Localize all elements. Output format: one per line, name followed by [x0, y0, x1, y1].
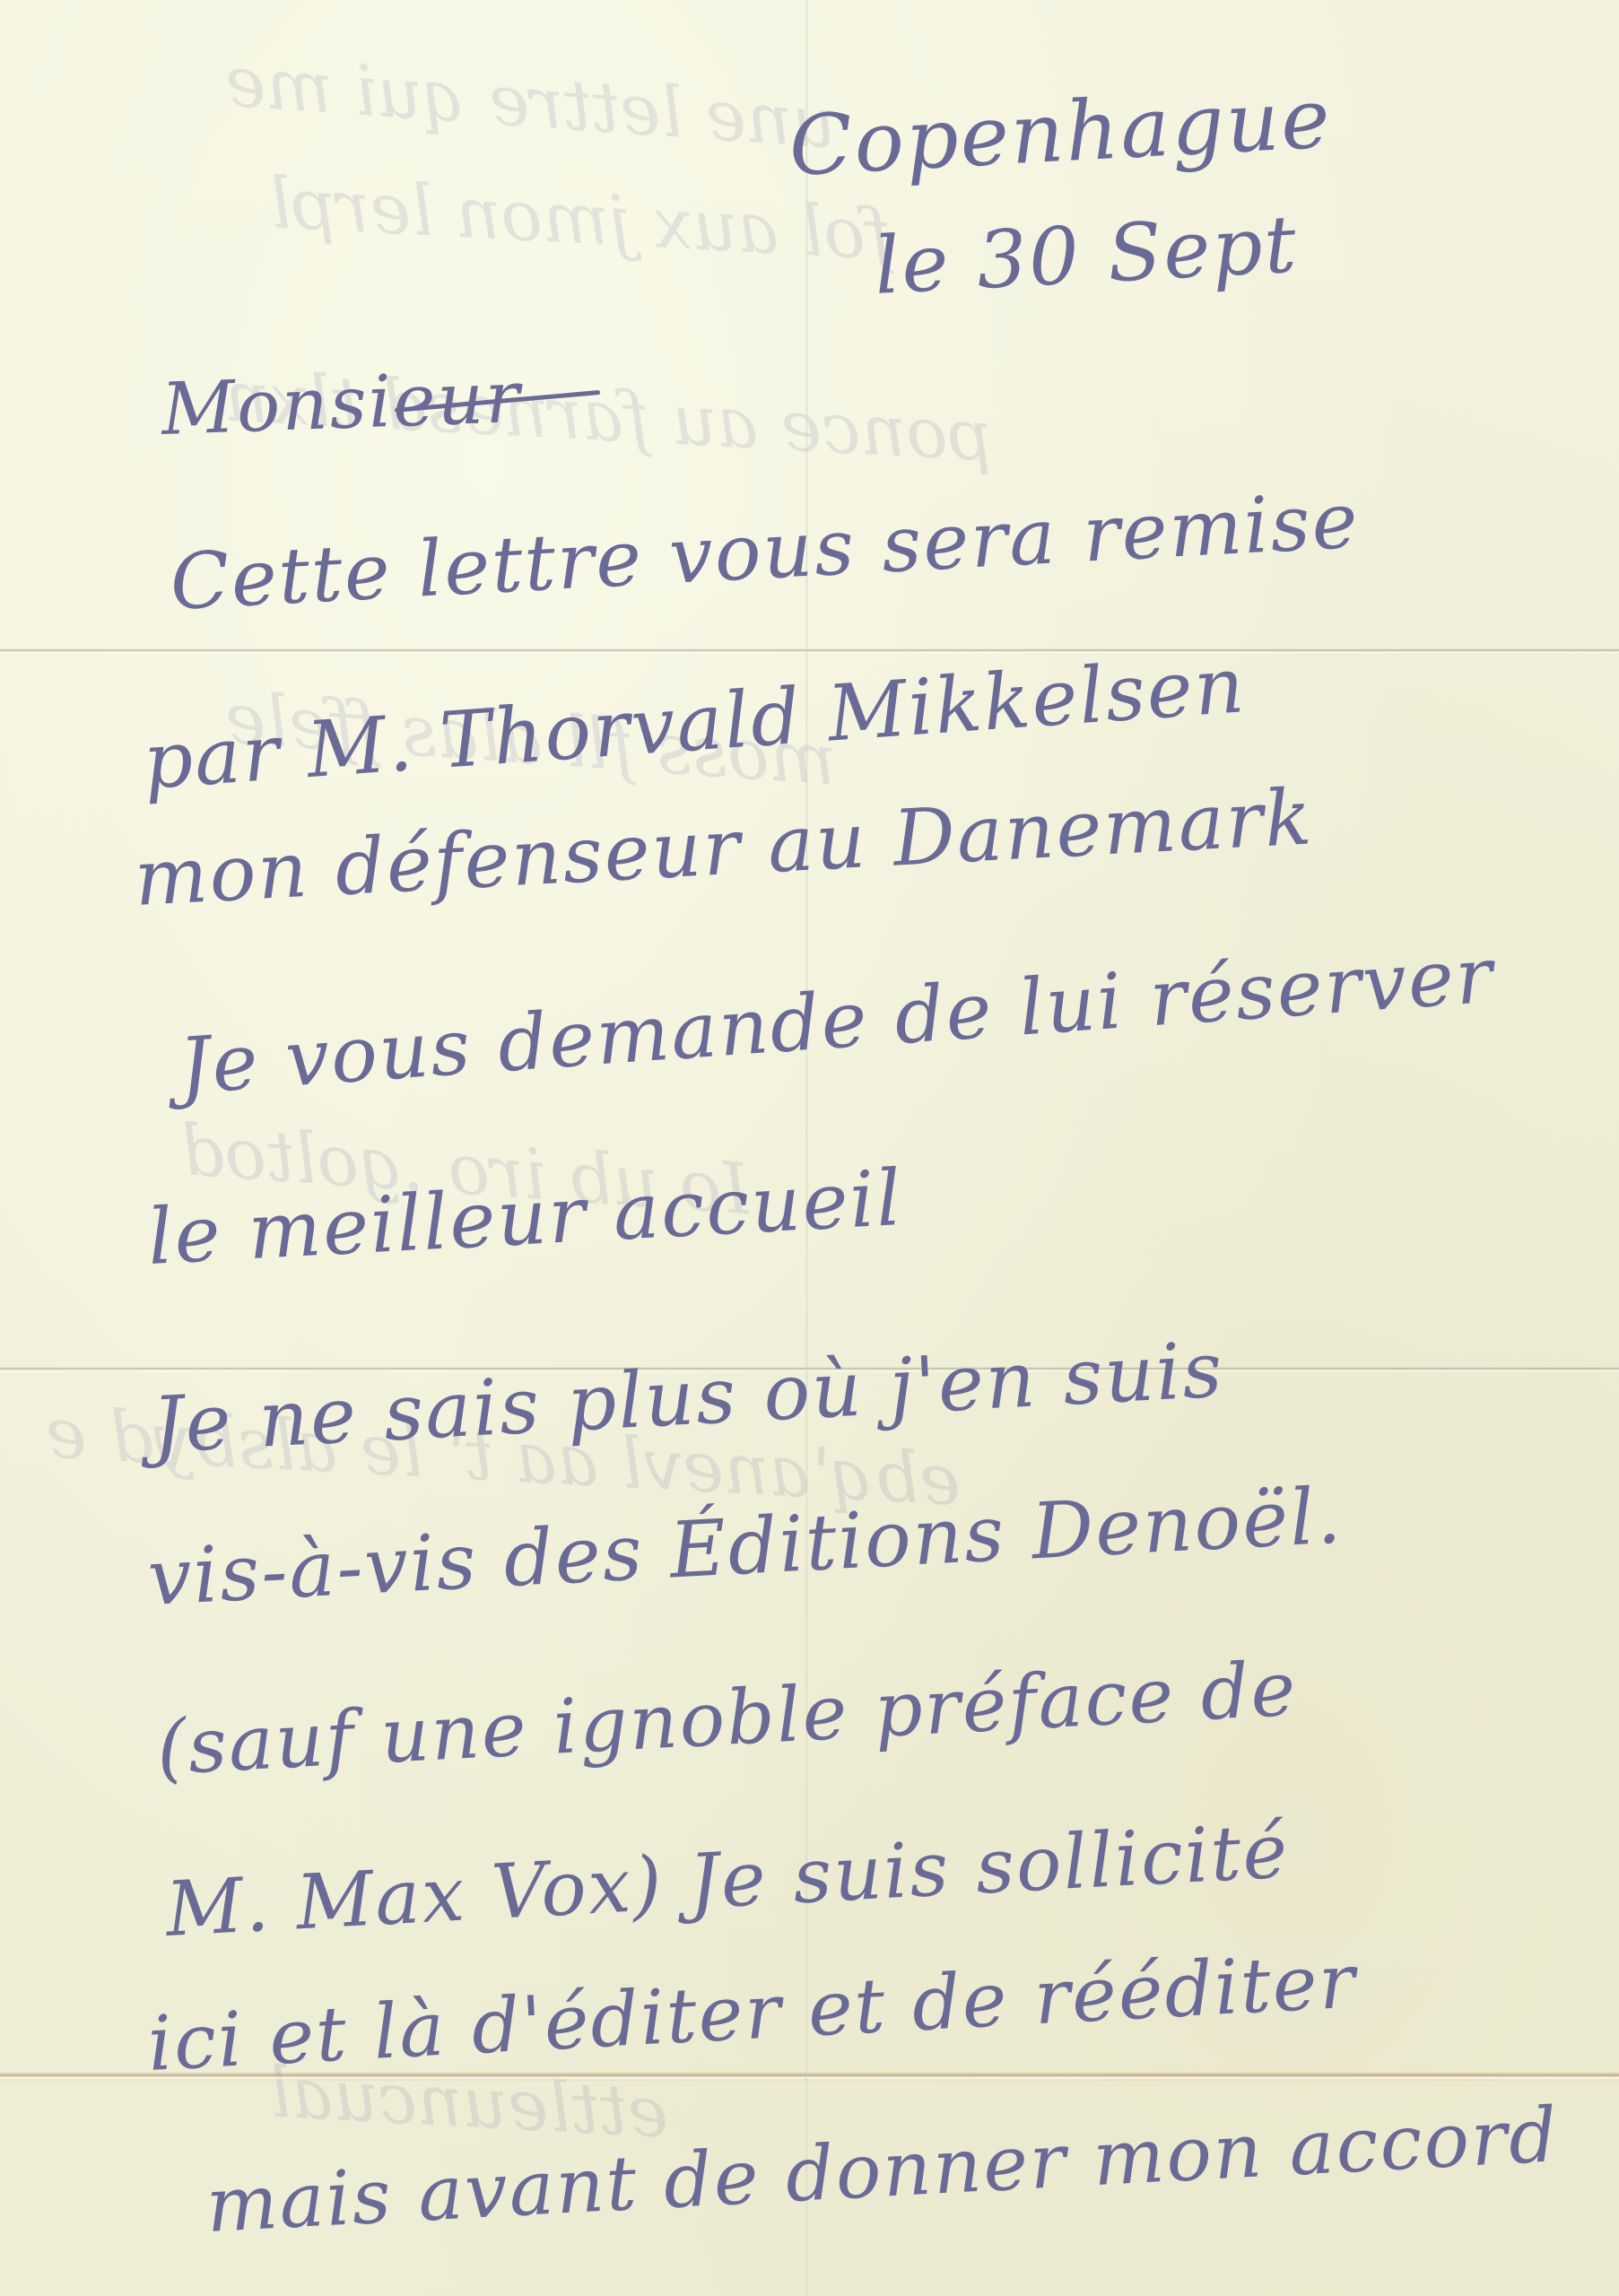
fold-line	[0, 648, 1619, 654]
fold-line-vertical	[805, 0, 808, 2296]
